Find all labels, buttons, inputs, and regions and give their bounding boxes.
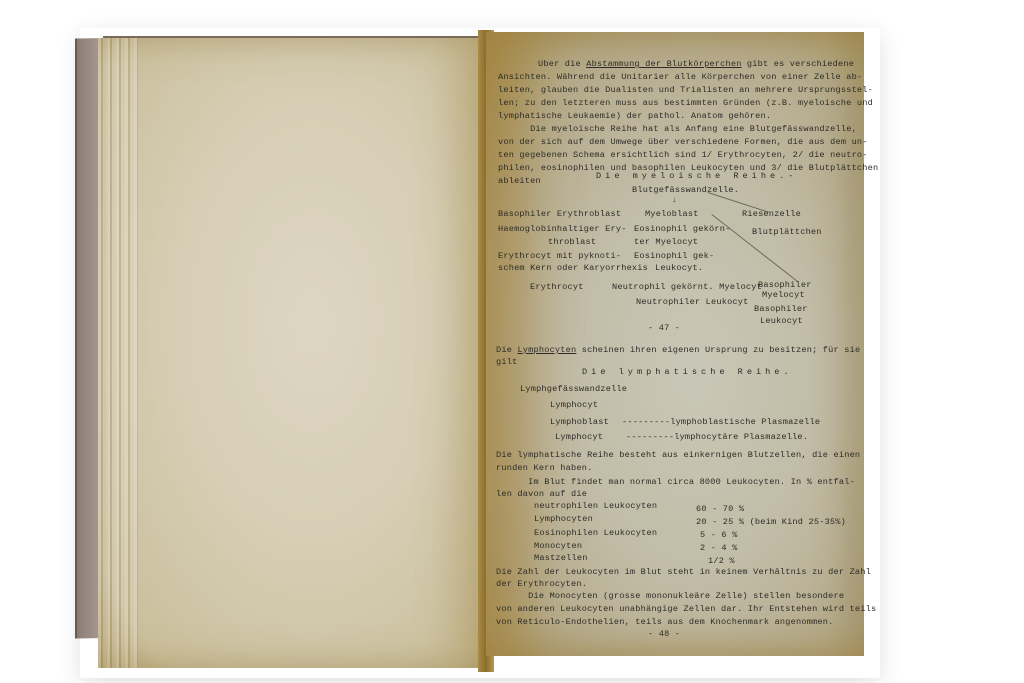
- erythro-1: Basophiler Erythroblast: [498, 208, 621, 221]
- lymph-2: Lymphoblast: [550, 416, 609, 429]
- para3-line1: Die lymphatische Reihe besteht aus einke…: [496, 449, 860, 462]
- lymph-3: Lymphocyt: [555, 431, 603, 444]
- left-page: [98, 38, 488, 668]
- para1-line4: len; zu den letzteren muss aus bestimmte…: [498, 97, 873, 110]
- baso-2: Myelocyt: [762, 289, 805, 302]
- para2-line5: ableiten: [498, 175, 541, 188]
- baso-4: Leukocyt: [760, 315, 803, 328]
- table-row-value: 5 - 6 %: [700, 529, 738, 542]
- myelo-2: Eosinophil gekörn-: [634, 223, 730, 236]
- scheme-root: Blutgefässwandzelle.: [632, 184, 739, 197]
- para1-line2: Ansichten. Während die Unitarier alle Kö…: [498, 71, 862, 84]
- erythro-3: throblast: [548, 236, 596, 249]
- lymph-2-side: ---------lymphoblastische Plasmazelle: [622, 416, 820, 429]
- table-row-name: Eosinophilen Leukocyten: [534, 527, 657, 540]
- table-row-name: Lymphocyten: [534, 513, 593, 526]
- myelo-5: Leukocyt.: [655, 262, 703, 275]
- para6-line2: von anderen Leukocyten unabhängige Zelle…: [496, 603, 876, 616]
- para1-line1: Uber die Abstammung der Blutkörperchen g…: [538, 58, 854, 71]
- erythro-6: Erythrocyt: [530, 281, 584, 294]
- para2-line1: Die myeloische Reihe hat als Anfang eine…: [498, 123, 857, 136]
- table-row-value: 20 - 25 % (beim Kind 25-35%): [696, 516, 846, 529]
- erythro-5: schem Kern oder Karyorrhexis: [498, 262, 648, 275]
- table-row-name: neutrophilen Leukocyten: [534, 500, 657, 513]
- erythro-2: Haemoglobinhaltiger Ery-: [498, 223, 627, 236]
- book-scene: Uber die Abstammung der Blutkörperchen g…: [0, 0, 1024, 683]
- arrow-down-icon: ↓: [672, 196, 677, 205]
- myelo-1: Myeloblast: [645, 208, 699, 221]
- para1-line3: leiten, glauben die Dualisten und Triali…: [498, 84, 873, 97]
- riesen-2: Blutplättchen: [752, 226, 822, 239]
- lymph-1: Lymphocyt: [550, 399, 598, 412]
- table-row-value: 2 - 4 %: [700, 542, 738, 555]
- page-number-48: - 48 -: [648, 628, 680, 641]
- riesen-1: Riesenzelle: [742, 208, 801, 221]
- para2-line2: von der sich auf dem Umwege über verschi…: [498, 136, 868, 149]
- lymph-intro-line2: gilt: [496, 356, 517, 369]
- para1-line5: lymphatische Leukaemie) der pathol. Anat…: [498, 110, 771, 123]
- lymph-3-side: ---------lymphocytäre Plasmazelle.: [626, 431, 808, 444]
- para2-line3: ten gegebenen Schema ersichtlich sind 1/…: [498, 149, 868, 162]
- myelo-6: Neutrophil gekörnt. Myelocyt: [612, 281, 762, 294]
- myelo-7: Neutrophiler Leukocyt: [636, 296, 749, 309]
- lymph-title: Die lymphatische Reihe.: [582, 366, 793, 379]
- lymph-root: Lymphgefässwandzelle: [520, 383, 627, 396]
- lymph-intro-line1: Die Lymphocyten scheinen ihren eigenen U…: [496, 344, 860, 357]
- para6-line1: Die Monocyten (grosse mononukleäre Zelle…: [496, 590, 844, 603]
- para3-line2: runden Kern haben.: [496, 462, 592, 475]
- myelo-3: ter Myelocyt: [634, 236, 698, 249]
- table-row-name: Mastzellen: [534, 552, 588, 565]
- page-edges: [98, 38, 138, 668]
- table-row-value: 60 - 70 %: [696, 503, 744, 516]
- myeloid-title: Die myeloische Reihe.-: [596, 170, 797, 183]
- page-number-47: - 47 -: [648, 322, 680, 335]
